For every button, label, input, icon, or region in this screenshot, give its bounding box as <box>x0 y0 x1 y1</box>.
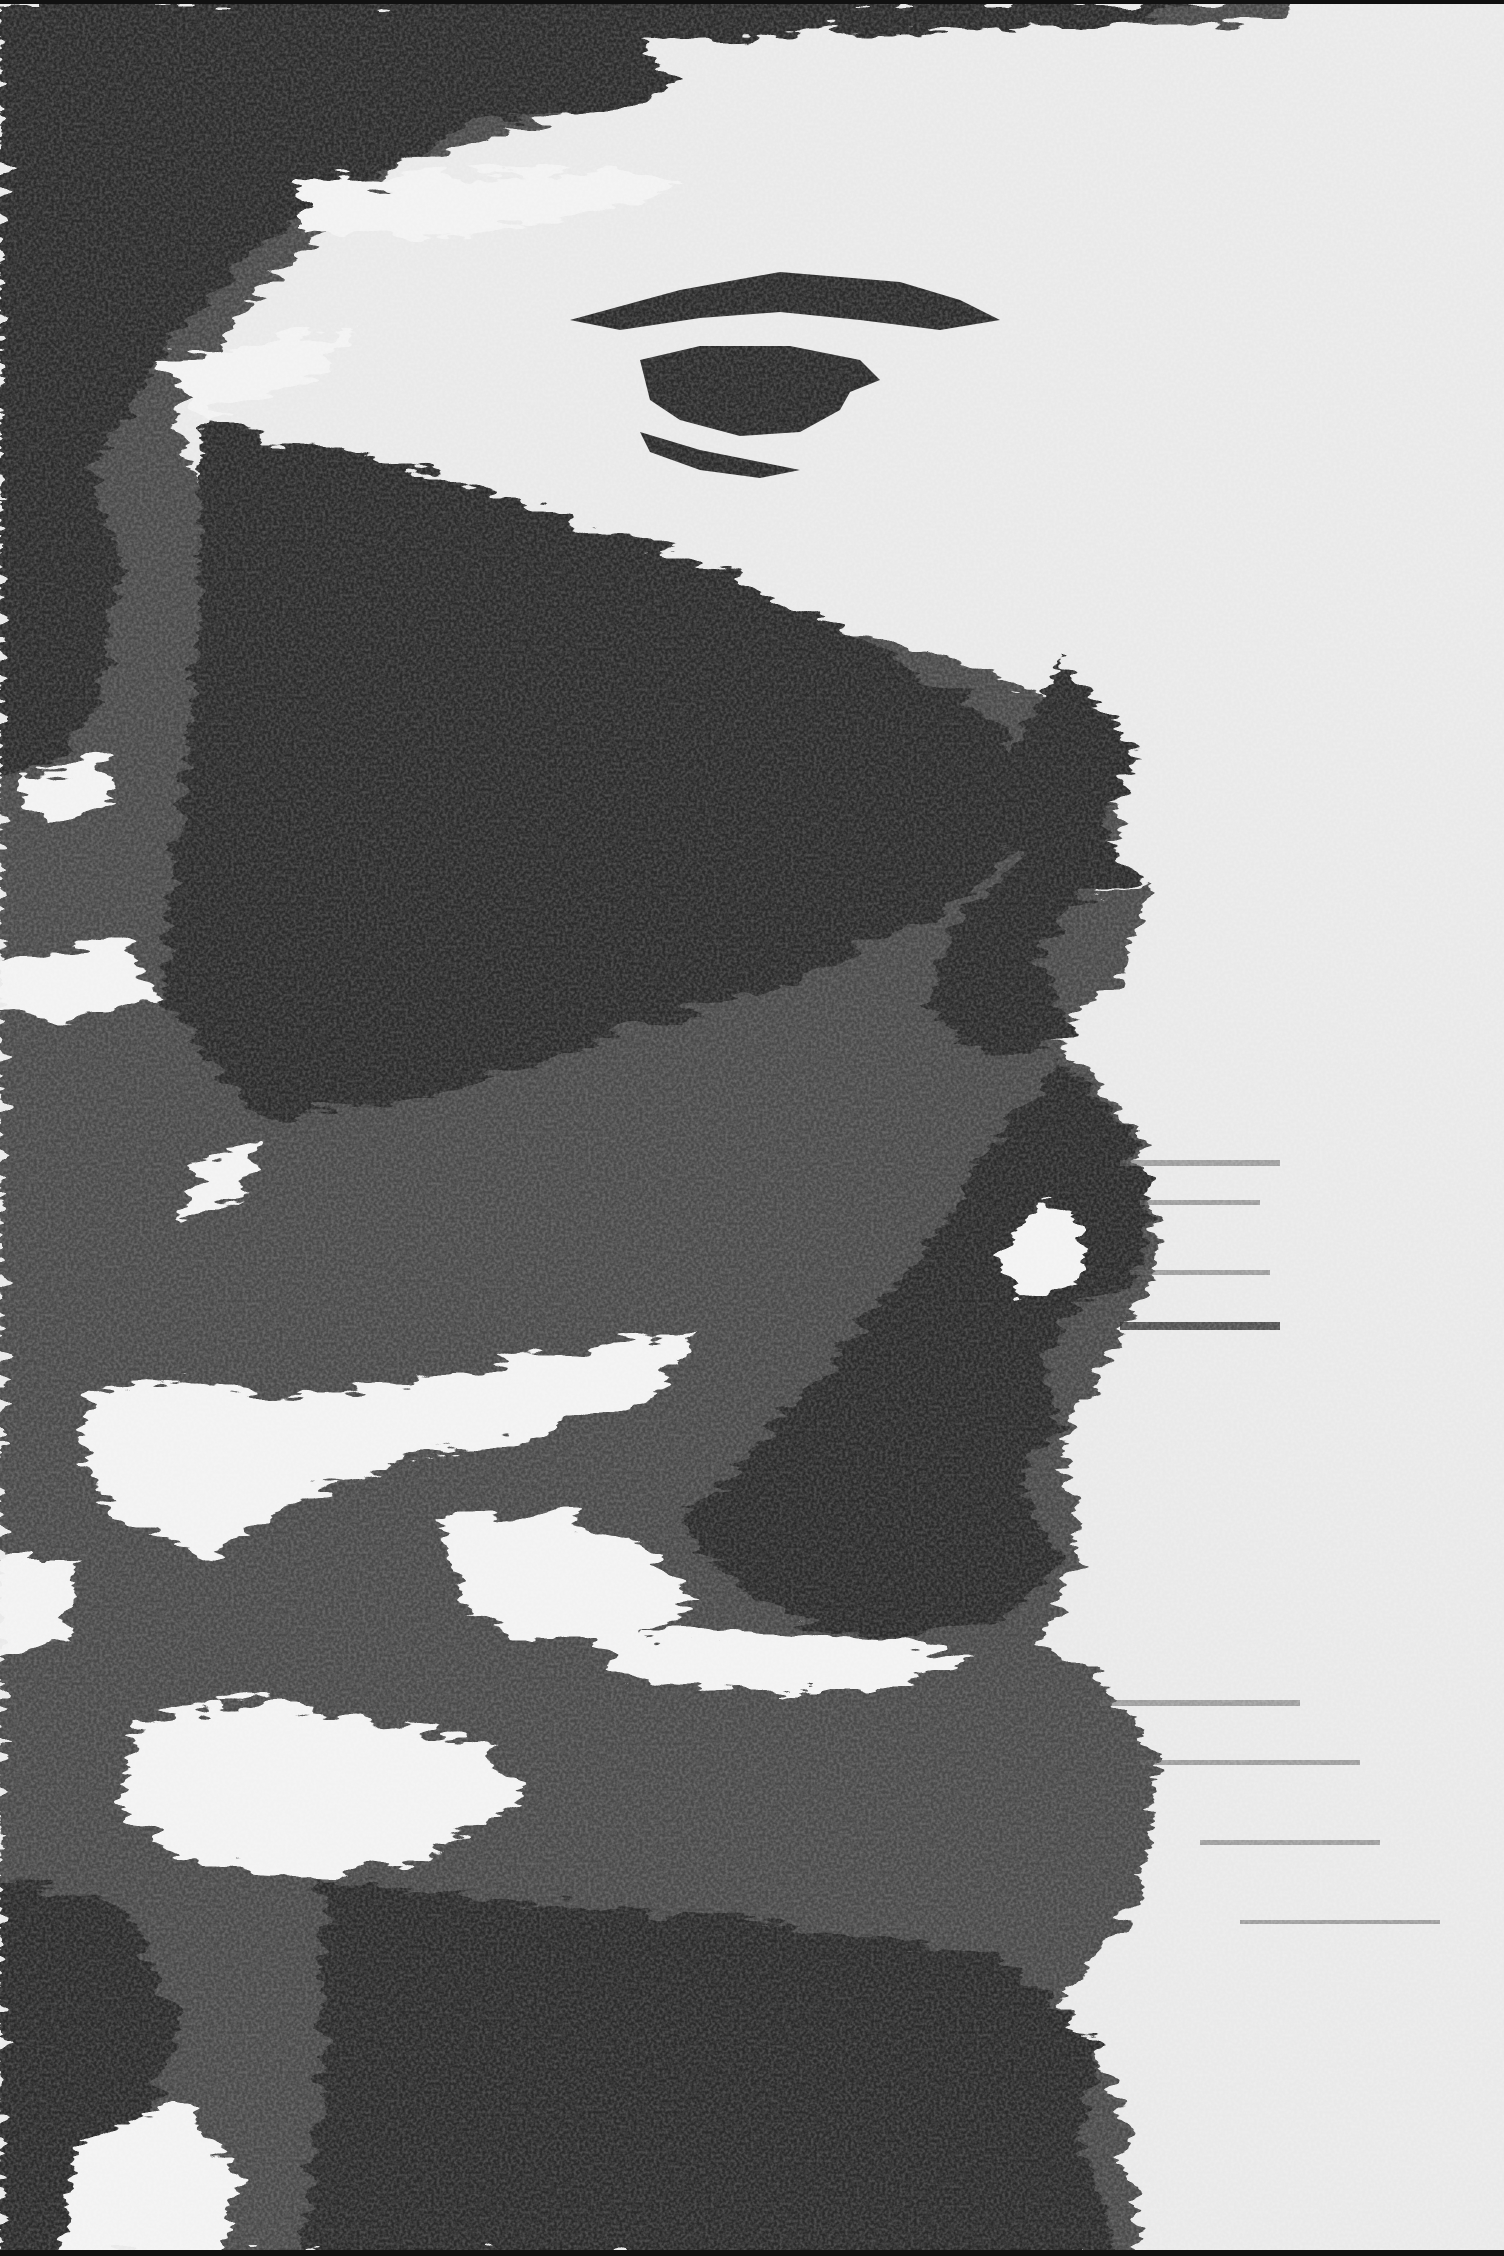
border-bottom <box>0 2250 1504 2256</box>
painting-canvas <box>0 0 1504 2256</box>
ink-wash-painting: Ink wash portrait study <box>0 0 1504 2256</box>
border-top <box>0 0 1504 4</box>
